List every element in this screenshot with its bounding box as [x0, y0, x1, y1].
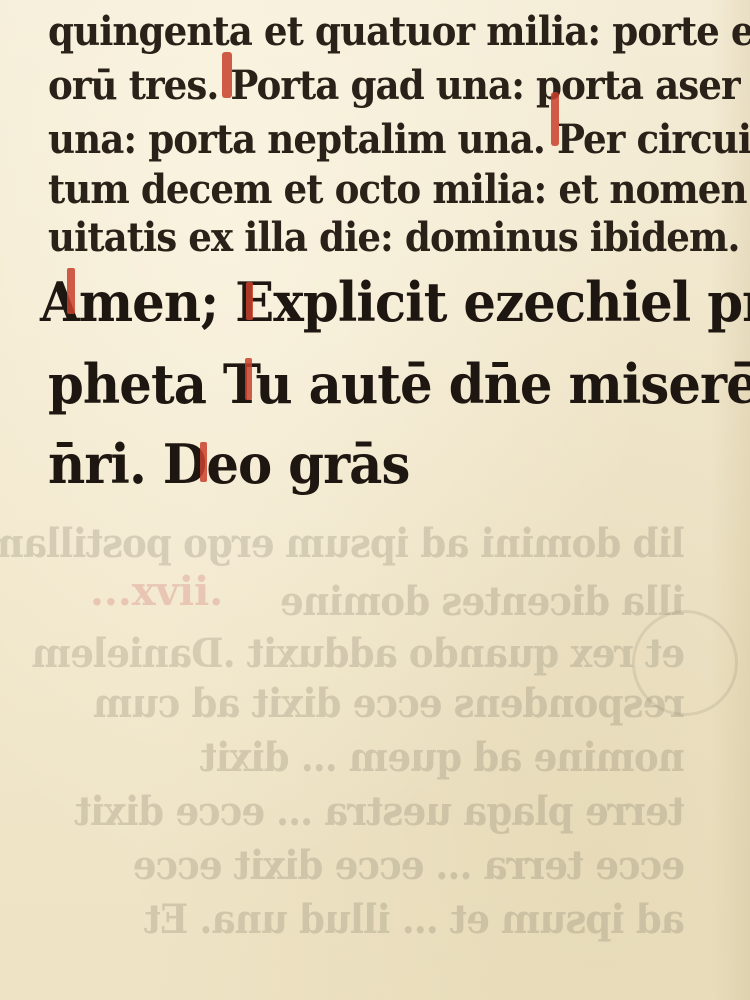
rubric-mark-porta-2 — [551, 92, 559, 146]
rubric-mark-tu — [245, 358, 252, 400]
rubric-mark-porta — [222, 52, 232, 98]
ghost-line: ecce terra ... ecce dixit ecce — [71, 842, 685, 889]
ghost-line: respondens ecce dixit ad cum — [71, 680, 685, 727]
explicit-line-3: n̄ri. Deo grās — [48, 432, 409, 496]
text-line-3: una: porta neptalim una. Per circui- — [48, 116, 750, 163]
ghost-line: terre plaga uestra ... ecce dixit — [71, 788, 685, 835]
text-line-2: orū tres. Porta gad una: porta aser — [48, 62, 740, 109]
show-through-rubric: ...xvii. — [90, 568, 223, 615]
rubric-mark-deo — [200, 442, 207, 482]
ghost-line: et rex quando adduxit .Danielem — [71, 630, 685, 677]
text-line-2-content: orū tres. Porta gad una: porta aser — [48, 62, 740, 109]
rubric-mark-amen — [67, 268, 75, 314]
ghost-line: ad ipsum et ... illud una. Et — [71, 896, 685, 943]
text-line-5: uitatis ex illa die: dominus ibidem. — [48, 214, 740, 261]
text-line-4: tum decem et octo milia: et nomen ci- — [48, 166, 750, 213]
rubric-mark-explicit — [246, 282, 253, 320]
text-line-1: quingenta et quatuor milia: porte e — [48, 8, 750, 55]
explicit-line-1: Amen; Explicit ezechiel pro — [40, 270, 750, 334]
ghost-line: lib domini ad ipsum ergo postillam — [71, 520, 685, 567]
explicit-line-2: pheta Tu autē dn̄e miserē — [48, 352, 750, 416]
ghost-line: nomine ad quem ... dixit — [71, 734, 685, 781]
show-through-initial-ring — [632, 610, 738, 716]
